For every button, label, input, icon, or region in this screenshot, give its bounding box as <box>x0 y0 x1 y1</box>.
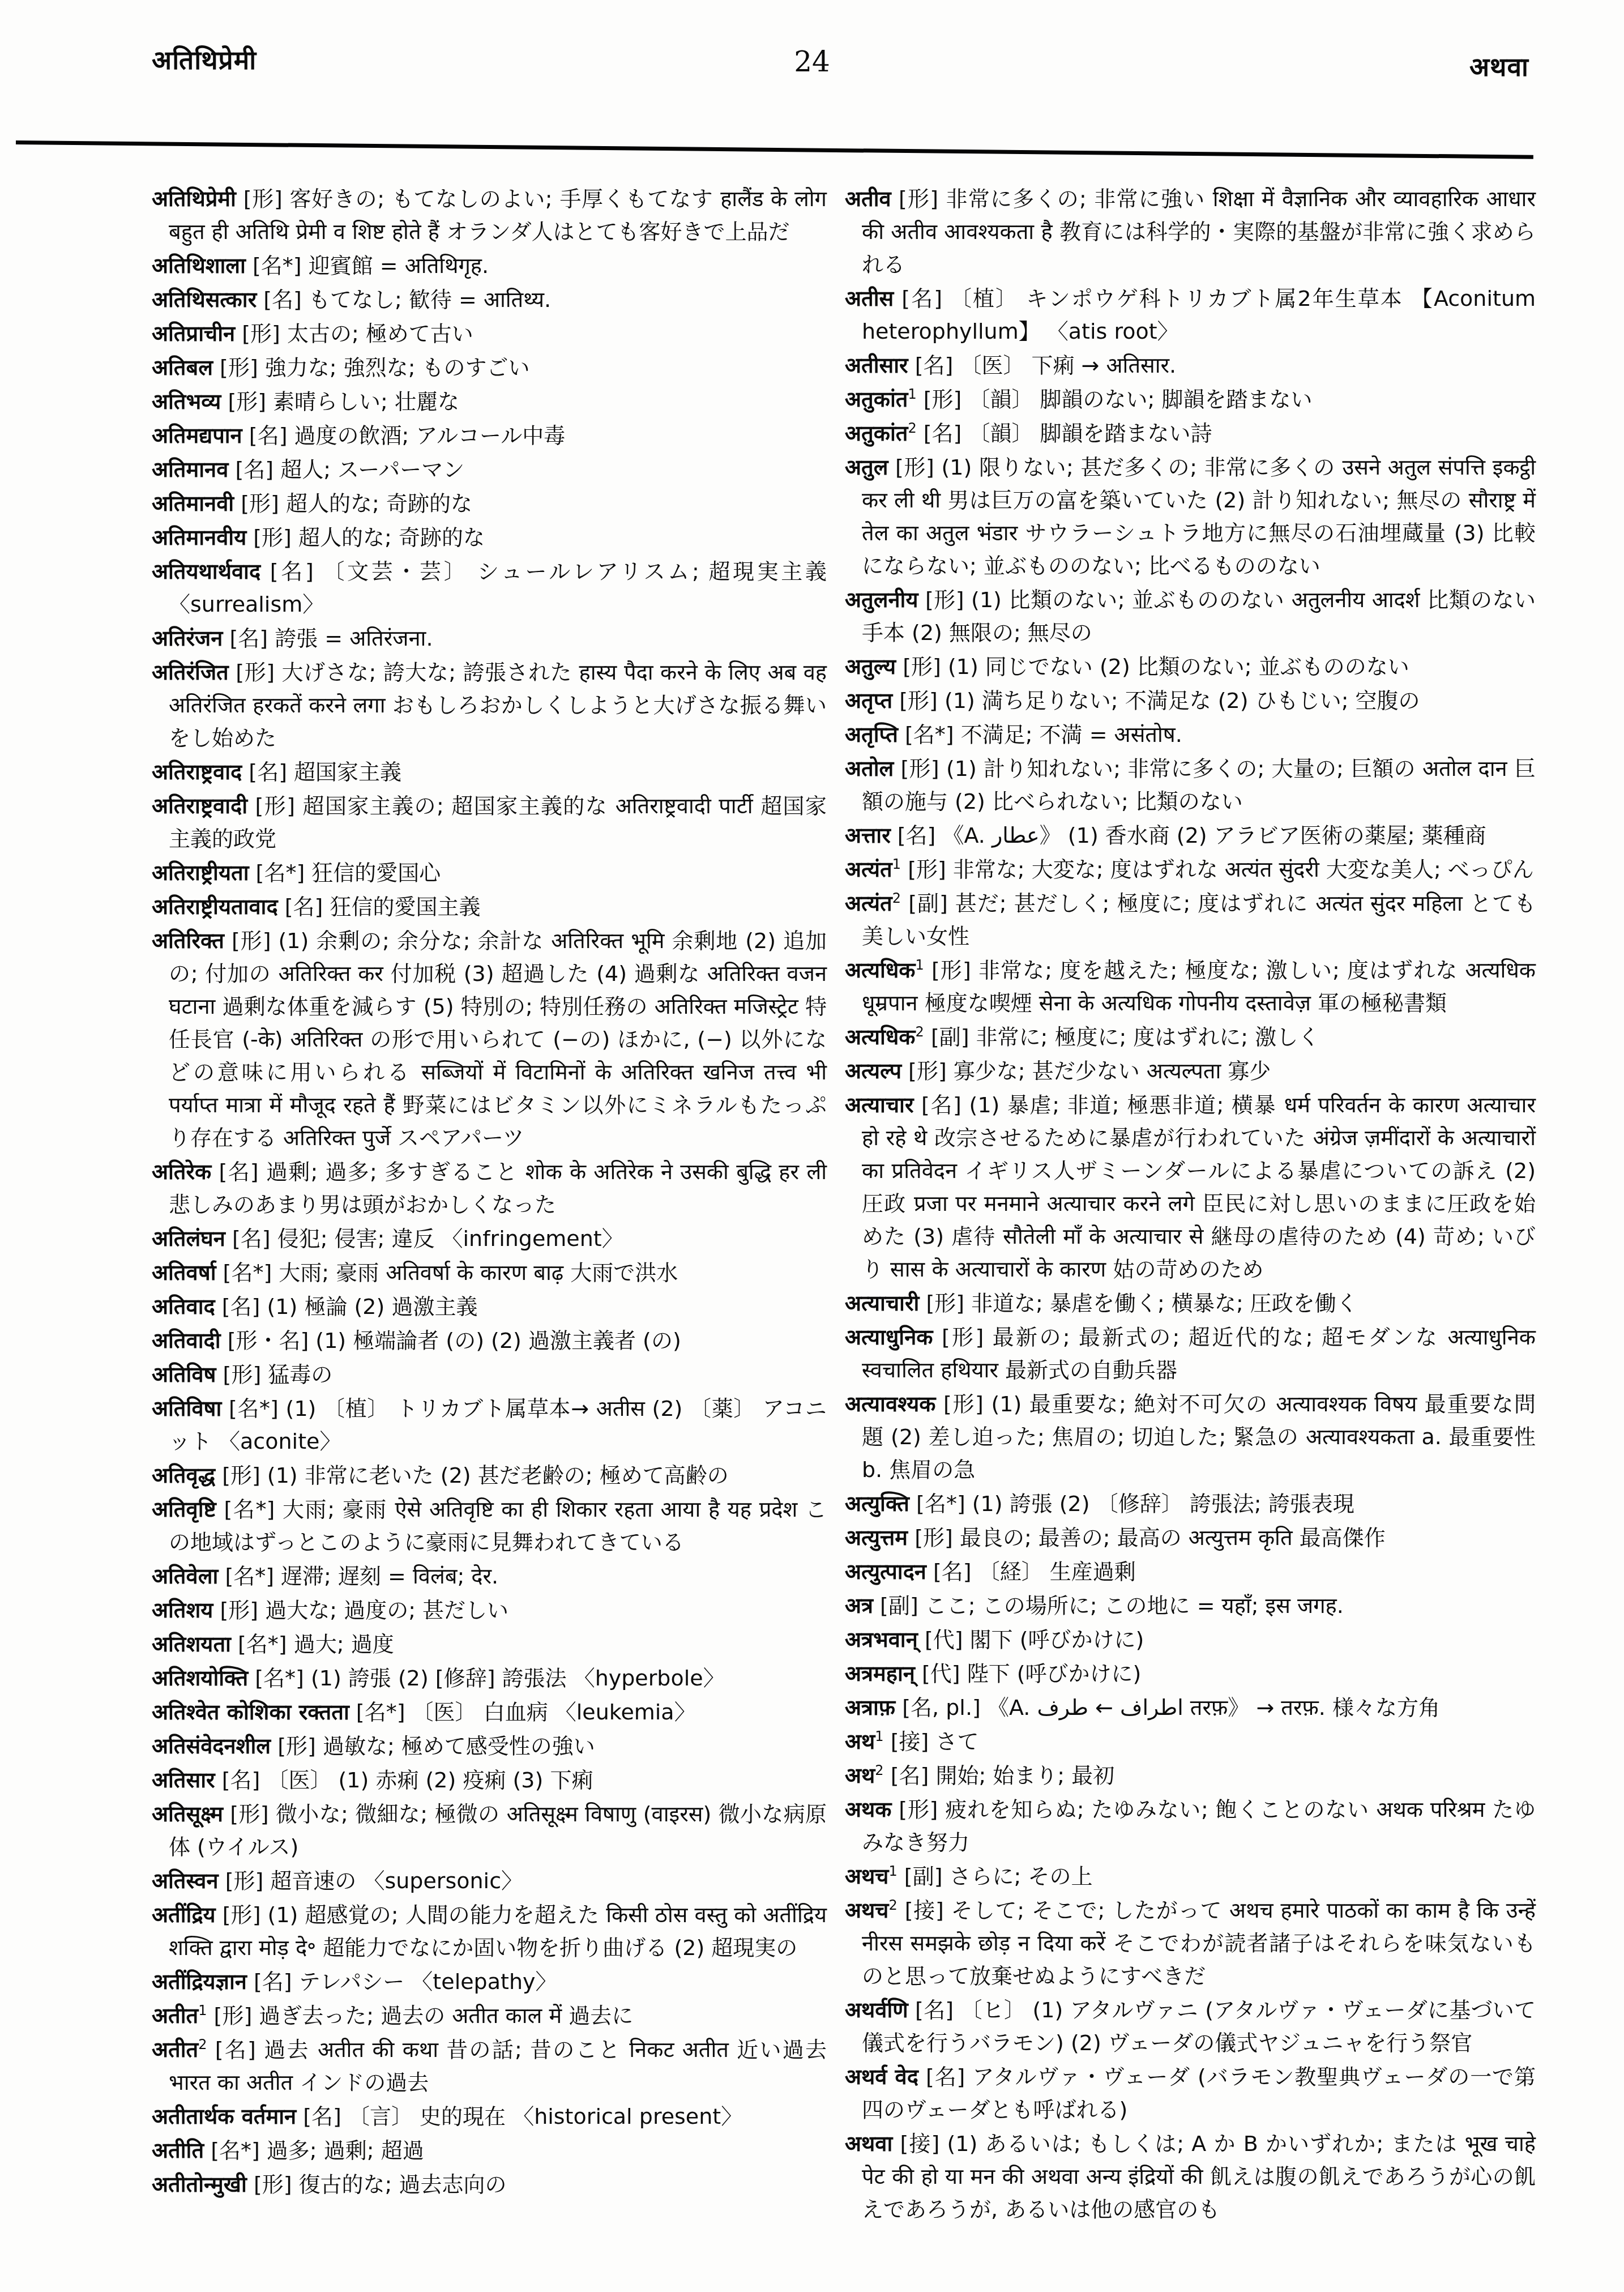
dictionary-entry: अतुल्य [形] (1) 同じでない (2) 比類のない; 並ぶもののない <box>845 650 1536 683</box>
entry-headword: अतिरिक्त <box>152 928 224 953</box>
entry-definition: [名*] (1) 誇張 (2) 〔修辞〕 誇張法; 誇張表現 <box>916 1491 1354 1516</box>
entry-headword: अतिथिप्रेमी <box>152 186 236 211</box>
entry-headword: अतोल <box>845 756 894 781</box>
dictionary-entry: अत्तार [名] 《A. عطار》 (1) 香水商 (2) アラビア医術の… <box>845 819 1536 852</box>
entry-homonym-number: 1 <box>198 2003 207 2018</box>
dictionary-entry: अतुलनीय [形] (1) 比類のない; 並ぶもののない अतुलनीय आ… <box>845 583 1536 649</box>
entry-headword: अतीस <box>845 286 894 311</box>
column-right: अतीव [形] 非常に多くの; 非常に強い शिक्षा में वैज्ञा… <box>845 182 1536 2227</box>
entry-definition: [名] アタルヴァ・ヴェーダ (バラモン教聖典ヴェーダの一で第四のヴェーダとも呼… <box>862 2064 1536 2122</box>
entry-definition: [形] 客好きの; もてなしのよい; 手厚くもてなす हालैंड के लोग… <box>169 186 827 244</box>
entry-definition: [名] 《A. عطار》 (1) 香水商 (2) アラビア医術の薬屋; 薬種商 <box>898 823 1486 848</box>
entry-headword: अतिभव्य <box>152 389 221 414</box>
guide-word-right: अथवा <box>1469 49 1529 84</box>
entry-headword: अत्रभवान् <box>845 1627 918 1652</box>
entry-definition: [形] (1) 満ち足りない; 不満足な (2) ひもじい; 空腹の <box>899 688 1420 713</box>
entry-definition: [形] 最良の; 最善の; 最高の अत्युत्तम कृति 最高傑作 <box>914 1525 1386 1550</box>
dictionary-entry: अत्याचार [名] (1) 暴虐; 非道; 極悪非道; 横暴 धर्म प… <box>845 1089 1536 1286</box>
entry-headword: अथच <box>845 1864 888 1889</box>
entry-definition: [形] 疲れを知らぬ; たゆみない; 飽くことのない अथक परिश्रम た… <box>862 1797 1536 1855</box>
dictionary-entry: अतीतार्थक वर्तमान [名] 〔言〕 史的現在 〈historic… <box>152 2100 827 2133</box>
entry-definition: [名] 誇張 = अतिरंजना. <box>229 626 433 651</box>
entry-definition: [名*] (1) 〔植〕 トリカブト属草本→ अतीस (2) 〔薬〕 アコニッ… <box>169 1396 827 1454</box>
entry-definition: [形] 非常に多くの; 非常に強い शिक्षा में वैज्ञानिक औ… <box>862 186 1536 277</box>
entry-headword: अतींद्रियज्ञान <box>152 1969 247 1994</box>
dictionary-entry: अत्राफ़ [名, pl.] 《A. اطراف ← طرف तरफ़》 →… <box>845 1691 1536 1724</box>
dictionary-entry: अथर्वणि [名] 〔ヒ〕 (1) アタルヴァニ (アタルヴァ・ヴェーダに基… <box>845 1994 1536 2059</box>
entry-headword: अत्युक्ति <box>845 1491 909 1516</box>
entry-definition: [名] 〔韻〕 脚韻を踏まない詩 <box>924 421 1212 446</box>
entry-definition: [形] (1) 同じでない (2) 比類のない; 並ぶもののない <box>903 654 1409 679</box>
entry-headword: अतिसार <box>152 1768 215 1792</box>
dictionary-entry: अतिशयोक्ति [名*] (1) 誇張 (2) [修辞] 誇張法 〈hyp… <box>152 1662 827 1695</box>
entry-definition: [形] (1) 非常に老いた (2) 甚だ老齢の; 極めて高齢の <box>222 1463 729 1488</box>
column-left: अतिथिप्रेमी [形] 客好きの; もてなしのよい; 手厚くもてなす ह… <box>152 182 827 2202</box>
entry-headword: अतींद्रिय <box>152 1902 216 1927</box>
dictionary-entry: अत्याधुनिक [形] 最新の; 最新式の; 超近代的な; 超モダンな अ… <box>845 1321 1536 1386</box>
entry-definition: [名] 〔医〕 (1) 赤痢 (2) 疫痢 (3) 下痢 <box>222 1768 593 1792</box>
dictionary-entry: अतृप्त [形] (1) 満ち足りない; 不満足な (2) ひもじい; 空腹… <box>845 684 1536 717</box>
entry-headword: अतिरंजन <box>152 626 223 651</box>
dictionary-entry: अतीति [名*] 過多; 過剰; 超過 <box>152 2134 827 2167</box>
entry-headword: अतिवाद <box>152 1294 215 1319</box>
entry-headword: अतुकांत <box>845 387 908 412</box>
entry-definition: [形] 超国家主義の; 超国家主義的な अतिराष्ट्रवादी पार्ट… <box>169 793 827 851</box>
dictionary-entry: अतीस [名] 〔植〕 キンポウゲ科トリカブト属2年生草本 【Aconitum… <box>845 282 1536 348</box>
entry-definition: [副] ここ; この場所に; この地に = यहाँ; इस जगह. <box>880 1593 1344 1618</box>
dictionary-entry: अतिवृद्ध [形] (1) 非常に老いた (2) 甚だ老齢の; 極めて高齢… <box>152 1459 827 1492</box>
entry-definition: [接] (1) あるいは; もしくは; A か B かいずれか; または भूख… <box>862 2131 1536 2222</box>
entry-definition: [形] 超人的な; 奇跡的な <box>253 525 485 550</box>
entry-definition: [名*] 不満足; 不満 = असंतोष. <box>905 722 1182 747</box>
entry-definition: [名] テレパシー 〈telepathy〉 <box>254 1969 557 1994</box>
dictionary-entry: अतृप्ति [名*] 不満足; 不満 = असंतोष. <box>845 718 1536 751</box>
entry-definition: [形] 寡少な; 甚だ少ない अत्यल्पता 寡少 <box>908 1058 1271 1083</box>
entry-definition: [名, pl.] 《A. اطراف ← طرف तरफ़》 → तरफ़. 様… <box>902 1695 1440 1720</box>
entry-headword: अतिमानव <box>152 457 228 482</box>
entry-headword: अतिशयता <box>152 1632 231 1657</box>
dictionary-entry: अतिरंजित [形] 大げさな; 誇大な; 誇張された हास्य पैदा… <box>152 656 827 754</box>
entry-definition: [形] 非道な; 暴虐を働く; 横暴な; 圧政を働く <box>926 1291 1357 1316</box>
entry-headword: अतिमानवीय <box>152 525 246 550</box>
dictionary-entry: अतिराष्ट्रवादी [形] 超国家主義の; 超国家主義的な अतिरा… <box>152 789 827 855</box>
entry-headword: अथ <box>845 1763 875 1788</box>
entry-headword: अतिराष्ट्रवादी <box>152 793 247 818</box>
entry-definition: [形] (1) 最重要な; 絶対不可欠の अत्यावश्यक विषय 最重要… <box>862 1392 1536 1482</box>
entry-definition: [形] (1) 限りない; 甚だ多くの; 非常に多くの उसने अतुल सं… <box>862 455 1536 578</box>
entry-headword: अत्यंत <box>845 891 892 916</box>
entry-headword: अत्रमहान् <box>845 1661 915 1686</box>
entry-definition: [形] (1) 超感覚の; 人間の能力を超えた किसी ठोस वस्तु क… <box>169 1902 827 1960</box>
entry-definition: [形] 過ぎ去った; 過去の अतीत काल में 過去に <box>214 2003 634 2028</box>
dictionary-entry: अतीव [形] 非常に多くの; 非常に強い शिक्षा में वैज्ञा… <box>845 182 1536 281</box>
entry-headword: अतिसंवेदनशील <box>152 1734 271 1759</box>
dictionary-entry: अथ1 [接] さて <box>845 1725 1536 1758</box>
entry-definition: [名*] 過多; 過剰; 超過 <box>211 2138 424 2163</box>
entry-definition: [形] 超人的な; 奇跡的な <box>241 491 472 516</box>
dictionary-entry: अतुल [形] (1) 限りない; 甚だ多くの; 非常に多くの उसने अत… <box>845 451 1536 582</box>
dictionary-entry: अत्युत्तम [形] 最良の; 最善の; 最高の अत्युत्तम कृ… <box>845 1521 1536 1554</box>
dictionary-entry: अतिशय [形] 過大な; 過度の; 甚だしい <box>152 1594 827 1627</box>
entry-headword: अतिलंघन <box>152 1226 225 1251</box>
dictionary-entry: अतिरिक्त [形] (1) 余剰の; 余分な; 余計な अतिरिक्त … <box>152 924 827 1154</box>
entry-definition: [名*] 大雨; 豪雨 अतिवर्षा के कारण बाढ़ 大雨で洪水 <box>223 1260 678 1285</box>
entry-homonym-number: 2 <box>198 2037 207 2052</box>
entry-headword: अतृप्त <box>845 688 892 713</box>
entry-definition: [形] 復古的な; 過去志向の <box>254 2172 507 2197</box>
entry-headword: अतृप्ति <box>845 722 898 747</box>
entry-headword: अथवा <box>845 2131 892 2156</box>
dictionary-entry: अतिस्वन [形] 超音速の 〈supersonic〉 <box>152 1864 827 1897</box>
entry-headword: अतुकांत <box>845 421 908 446</box>
dictionary-entry: अत्यधिक2 [副] 非常に; 極度に; 度はずれに; 激しく <box>845 1021 1536 1053</box>
dictionary-entry: अत्रमहान् [代] 陛下 (呼びかけに) <box>845 1657 1536 1690</box>
entry-definition: [形・名] (1) 極端論者 (の) (2) 過激主義者 (の) <box>228 1328 681 1353</box>
entry-definition: [形] 〔韻〕 脚韻のない; 脚韻を踏まない <box>924 387 1313 412</box>
header-rule <box>16 140 1533 159</box>
entry-definition: [名] 開始; 始まり; 最初 <box>891 1763 1115 1788</box>
dictionary-entry: अतिरंजन [名] 誇張 = अतिरंजना. <box>152 622 827 655</box>
entry-headword: अत्राफ़ <box>845 1695 895 1720</box>
dictionary-entry: अतिशयता [名*] 過大; 過度 <box>152 1628 827 1661</box>
entry-definition: [名] 〔言〕 史的現在 〈historical present〉 <box>303 2104 742 2129</box>
entry-definition: [名*] 大雨; 豪雨 ऐसे अतिवृष्टि का ही शिकार रह… <box>169 1497 827 1555</box>
entry-definition: [代] 閣下 (呼びかけに) <box>925 1627 1144 1652</box>
dictionary-entry: अतियथार्थवाद [名] 〔文芸・芸〕 シュールレアリスム; 超現実主義… <box>152 555 827 621</box>
page-number: 24 <box>0 45 1624 78</box>
dictionary-entry: अतिराष्ट्रीयता [名*] 狂信的愛国心 <box>152 856 827 889</box>
entry-headword: अथर्वणि <box>845 1998 908 2022</box>
entry-headword: अतिवृद्ध <box>152 1463 215 1488</box>
entry-headword: अतिबल <box>152 355 213 380</box>
entry-homonym-number: 2 <box>892 890 901 906</box>
dictionary-entry: अतिराष्ट्रवाद [名] 超国家主義 <box>152 756 827 788</box>
entry-definition: [名] 狂信的愛国主義 <box>285 894 481 919</box>
entry-headword: अतिश्वेत कोशिका रक्तता <box>152 1700 349 1725</box>
dictionary-entry: अतीत2 [名] 過去 अतीत की कथा 昔の話; 昔のこと निकट … <box>152 2033 827 2099</box>
dictionary-entry: अतींद्रिय [形] (1) 超感覚の; 人間の能力を超えた किसी ठ… <box>152 1898 827 1964</box>
entry-headword: अतीत <box>152 2003 198 2028</box>
entry-headword: अथच <box>845 1898 888 1923</box>
entry-headword: अतिविषा <box>152 1396 221 1421</box>
entry-headword: अतिराष्ट्रीयतावाद <box>152 894 278 919</box>
entry-headword: अतुल <box>845 455 888 480</box>
entry-headword: अथ <box>845 1729 875 1754</box>
dictionary-entry: अत्याचारी [形] 非道な; 暴虐を働く; 横暴な; 圧政を働く <box>845 1287 1536 1320</box>
entry-headword: अत्यधिक <box>845 1025 916 1049</box>
dictionary-entry: अतिबल [形] 強力な; 強烈な; ものすごい <box>152 351 827 384</box>
dictionary-entry: अथर्व वेद [名] アタルヴァ・ヴェーダ (バラモン教聖典ヴェーダの一で… <box>845 2060 1536 2126</box>
entry-definition: [形] (1) 計り知れない; 非常に多くの; 大量の; 巨額の अतोल दा… <box>862 756 1536 814</box>
dictionary-entry: अतिवृष्टि [名*] 大雨; 豪雨 ऐसे अतिवृष्टि का ह… <box>152 1493 827 1559</box>
entry-definition: [名*] (1) 誇張 (2) [修辞] 誇張法 〈hyperbole〉 <box>255 1666 724 1691</box>
entry-headword: अतिमद्यपान <box>152 423 242 448</box>
entry-headword: अत्याचारी <box>845 1291 919 1316</box>
entry-headword: अत्यंत <box>845 857 892 882</box>
entry-definition: [名*] 過大; 過度 <box>238 1632 394 1657</box>
dictionary-entry: अतिमानव [名] 超人; スーパーマン <box>152 453 827 486</box>
entry-headword: अतिरेक <box>152 1159 211 1184</box>
dictionary-entry: अतिभव्य [形] 素晴らしい; 壮麗な <box>152 385 827 418</box>
dictionary-entry: अतिमानवी [形] 超人的な; 奇跡的な <box>152 487 827 520</box>
entry-headword: अत्यावश्यक <box>845 1392 935 1416</box>
entry-definition: [名] 〔経〕 生産過剰 <box>933 1559 1136 1584</box>
entry-definition: [名] (1) 極論 (2) 過激主義 <box>222 1294 478 1319</box>
entry-headword: अतिरंजित <box>152 660 229 685</box>
entry-headword: अतिराष्ट्रवाद <box>152 759 242 784</box>
dictionary-entry: अतिसार [名] 〔医〕 (1) 赤痢 (2) 疫痢 (3) 下痢 <box>152 1764 827 1796</box>
entry-definition: [副] さらに; その上 <box>904 1864 1093 1889</box>
dictionary-entry: अत्र [副] ここ; この場所に; この地に = यहाँ; इस जगह. <box>845 1589 1536 1622</box>
entry-headword: अथर्व वेद <box>845 2064 918 2089</box>
entry-definition: [形] 大げさな; 誇大な; 誇張された हास्य पैदा करने के … <box>169 660 827 750</box>
entry-definition: [名] 超国家主義 <box>249 759 401 784</box>
entry-headword: अतिप्राचीन <box>152 321 235 346</box>
dictionary-entry: अत्युत्पादन [名] 〔経〕 生産過剰 <box>845 1555 1536 1588</box>
entry-homonym-number: 2 <box>888 1897 897 1913</box>
entry-definition: [名*] 狂信的愛国心 <box>256 860 441 885</box>
entry-headword: अतुल्य <box>845 654 896 679</box>
entry-homonym-number: 1 <box>875 1728 883 1744</box>
dictionary-entry: अतिविष [形] 猛毒の <box>152 1358 827 1391</box>
dictionary-entry: अत्यावश्यक [形] (1) 最重要な; 絶対不可欠の अत्यावश्… <box>845 1388 1536 1486</box>
entry-homonym-number: 1 <box>888 1863 897 1879</box>
entry-headword: अत्युत्पादन <box>845 1559 926 1584</box>
entry-definition: [形] 強力な; 強烈な; ものすごい <box>220 355 530 380</box>
dictionary-entry: अतिवाद [名] (1) 極論 (2) 過激主義 <box>152 1290 827 1323</box>
dictionary-entry: अतिवर्षा [名*] 大雨; 豪雨 अतिवर्षा के कारण बा… <box>152 1256 827 1289</box>
entry-definition: [形] 最新の; 最新式の; 超近代的な; 超モダンな अत्याधुनिक स… <box>862 1325 1536 1382</box>
dictionary-entry: अथवा [接] (1) あるいは; もしくは; A か B かいずれか; また… <box>845 2127 1536 2226</box>
entry-headword: अत्र <box>845 1593 873 1618</box>
entry-headword: अतिथिशाला <box>152 253 246 278</box>
dictionary-entry: अत्यंत2 [副] 甚だ; 甚だしく; 極度に; 度はずれに अत्यंत … <box>845 887 1536 953</box>
entry-headword: अत्यधिक <box>845 958 916 983</box>
dictionary-entry: अतीतोन्मुखी [形] 復古的な; 過去志向の <box>152 2168 827 2201</box>
entry-headword: अतीव <box>845 186 891 211</box>
entry-definition: [名] (1) 暴虐; 非道; 極悪非道; 横暴 धर्म परिवर्तन क… <box>862 1092 1536 1282</box>
dictionary-entry: अतींद्रियज्ञान [名] テレパシー 〈telepathy〉 <box>152 1965 827 1998</box>
entry-definition: [形] 猛毒の <box>223 1362 333 1387</box>
entry-definition: [名*] 迎賓館 = अतिथिगृह. <box>253 253 489 278</box>
entry-definition: [名] 超人; スーパーマン <box>235 457 464 482</box>
dictionary-entry: अथक [形] 疲れを知らぬ; たゆみない; 飽くことのない अथक परिश्… <box>845 1793 1536 1859</box>
entry-headword: अतिवेला <box>152 1564 218 1589</box>
dictionary-entry: अत्युक्ति [名*] (1) 誇張 (2) 〔修辞〕 誇張法; 誇張表現 <box>845 1487 1536 1520</box>
entry-headword: अत्याधुनिक <box>845 1325 933 1350</box>
entry-definition: [形] 素晴らしい; 壮麗な <box>228 389 459 414</box>
entry-definition: [名] 〔医〕 下痢 → अतिसार. <box>915 353 1177 378</box>
entry-definition: [副] 非常に; 極度に; 度はずれに; 激しく <box>931 1025 1319 1049</box>
entry-definition: [名] 侵犯; 侵害; 違反 〈infringement〉 <box>232 1226 623 1251</box>
entry-definition: [接] そして; そこで; したがって अथच हमारे पाठकों का … <box>862 1898 1536 1988</box>
entry-headword: अतिवादी <box>152 1328 221 1353</box>
entry-headword: अथक <box>845 1797 892 1822</box>
entry-homonym-number: 1 <box>892 856 901 872</box>
dictionary-page: अतिथिप्रेमी 24 अथवा अतिथिप्रेमी [形] 客好きの… <box>0 0 1624 2292</box>
entry-definition: [名*] 〔医〕 白血病 〈leukemia〉 <box>356 1700 696 1725</box>
entry-headword: अत्तार <box>845 823 891 848</box>
dictionary-entry: अतिमद्यपान [名] 過度の飲酒; アルコール中毒 <box>152 419 827 452</box>
entry-homonym-number: 2 <box>875 1762 883 1778</box>
dictionary-entry: अतिसूक्ष्म [形] 微小な; 微細な; 極微の अतिसूक्ष्म … <box>152 1798 827 1863</box>
dictionary-entry: अतिथिसत्कार [名] もてなし; 歓待 = आतिथ्य. <box>152 283 827 316</box>
dictionary-entry: अतिलंघन [名] 侵犯; 侵害; 違反 〈infringement〉 <box>152 1222 827 1255</box>
entry-headword: अतिमानवी <box>152 491 234 516</box>
entry-headword: अतीत <box>152 2037 198 2062</box>
dictionary-entry: अतिरेक [名] 過剰; 過多; 多すぎること शोक के अतिरेक … <box>152 1155 827 1221</box>
dictionary-entry: अतिवेला [名*] 遅滞; 遅刻 = विलंब; देर. <box>152 1560 827 1593</box>
dictionary-entry: अतिथिप्रेमी [形] 客好きの; もてなしのよい; 手厚くもてなす ह… <box>152 182 827 248</box>
entry-homonym-number: 2 <box>908 420 916 436</box>
entry-definition: [名] もてなし; 歓待 = आतिथ्य. <box>263 287 551 312</box>
entry-definition: [形] 過敏な; 極めて感受性の強い <box>277 1734 595 1759</box>
entry-headword: अतीतोन्मुखी <box>152 2172 247 2197</box>
dictionary-entry: अथच1 [副] さらに; その上 <box>845 1860 1536 1893</box>
entry-homonym-number: 1 <box>916 957 924 973</box>
entry-definition: [名*] 遅滞; 遅刻 = विलंब; देर. <box>225 1564 498 1589</box>
entry-homonym-number: 2 <box>916 1024 924 1040</box>
entry-definition: [名] 過去 अतीत की कथा 昔の話; 昔のこと निकट अतीत 近… <box>169 2037 827 2095</box>
dictionary-entry: अथ2 [名] 開始; 始まり; 最初 <box>845 1759 1536 1792</box>
dictionary-entry: अतिविषा [名*] (1) 〔植〕 トリカブト属草本→ अतीस (2) … <box>152 1392 827 1458</box>
dictionary-entry: अतुकांत2 [名] 〔韻〕 脚韻を踏まない詩 <box>845 417 1536 450</box>
entry-headword: अतिसूक्ष्म <box>152 1802 223 1826</box>
entry-headword: अतीति <box>152 2138 204 2163</box>
dictionary-entry: अत्यधिक1 [形] 非常な; 度を越えた; 極度な; 激しい; 度はずれな… <box>845 954 1536 1019</box>
entry-headword: अत्याचार <box>845 1092 913 1117</box>
dictionary-entry: अतिप्राचीन [形] 太古の; 極めて古い <box>152 317 827 350</box>
dictionary-entry: अतीसार [名] 〔医〕 下痢 → अतिसार. <box>845 349 1536 382</box>
dictionary-entry: अतुकांत1 [形] 〔韻〕 脚韻のない; 脚韻を踏まない <box>845 383 1536 416</box>
entry-definition: [形] 太古の; 極めて古い <box>242 321 473 346</box>
entry-headword: अतिविष <box>152 1362 216 1387</box>
entry-headword: अतिराष्ट्रीयता <box>152 860 249 885</box>
entry-headword: अतिथिसत्कार <box>152 287 257 312</box>
dictionary-entry: अत्यंत1 [形] 非常な; 大変な; 度はずれな अत्यंत सुंदर… <box>845 853 1536 886</box>
entry-definition: [形] (1) 比類のない; 並ぶもののない अतुलनीय आदर्श 比類の… <box>862 587 1536 645</box>
entry-headword: अतिशयोक्ति <box>152 1666 248 1691</box>
entry-definition: [形] (1) 余剰の; 余分な; 余計な अतिरिक्त भूमि 余剰地 … <box>169 928 827 1150</box>
entry-homonym-number: 1 <box>908 386 916 402</box>
entry-headword: अत्युत्तम <box>845 1525 908 1550</box>
entry-headword: अतीतार्थक वर्तमान <box>152 2104 296 2129</box>
entry-definition: [形] 非常な; 大変な; 度はずれな अत्यंत सुंदरी 大変な美人;… <box>908 857 1534 882</box>
entry-definition: [接] さて <box>891 1729 979 1754</box>
entry-definition: [形] 微小な; 微細な; 極微の अतिसूक्ष्म विषाणु (वाइ… <box>169 1802 827 1859</box>
entry-headword: अतुलनीय <box>845 587 918 612</box>
entry-headword: अतियथार्थवाद <box>152 559 260 584</box>
dictionary-entry: अत्रभवान् [代] 閣下 (呼びかけに) <box>845 1623 1536 1656</box>
entry-definition: [形] 非常な; 度を越えた; 極度な; 激しい; 度はずれな अत्यधिक … <box>862 958 1536 1015</box>
entry-headword: अत्यल्प <box>845 1058 901 1083</box>
entry-definition: [名] 〔文芸・芸〕 シュールレアリスム; 超現実主義 〈surrealism〉 <box>169 559 827 617</box>
entry-headword: अतिवर्षा <box>152 1260 216 1285</box>
dictionary-entry: अतिसंवेदनशील [形] 過敏な; 極めて感受性の強い <box>152 1730 827 1762</box>
entry-headword: अतिवृष्टि <box>152 1497 216 1522</box>
entry-headword: अतीसार <box>845 353 908 378</box>
entry-definition: [名] 〔植〕 キンポウゲ科トリカブト属2年生草本 【Aconitum hete… <box>862 286 1536 344</box>
entry-headword: अतिशय <box>152 1598 213 1623</box>
dictionary-entry: अत्यल्प [形] 寡少な; 甚だ少ない अत्यल्पता 寡少 <box>845 1055 1536 1087</box>
dictionary-entry: अतिराष्ट्रीयतावाद [名] 狂信的愛国主義 <box>152 890 827 923</box>
dictionary-entry: अतिश्वेत कोशिका रक्तता [名*] 〔医〕 白血病 〈leu… <box>152 1696 827 1728</box>
entry-definition: [名] 過剰; 過多; 多すぎること शोक के अतिरेक ने उसकी… <box>169 1159 827 1217</box>
dictionary-entry: अथच2 [接] そして; そこで; したがって अथच हमारे पाठको… <box>845 1894 1536 1992</box>
dictionary-entry: अतीत1 [形] 過ぎ去った; 過去の अतीत काल में 過去に <box>152 1999 827 2032</box>
entry-definition: [形] 超音速の 〈supersonic〉 <box>225 1868 523 1893</box>
dictionary-entry: अतोल [形] (1) 計り知れない; 非常に多くの; 大量の; 巨額の अत… <box>845 752 1536 818</box>
dictionary-entry: अतिमानवीय [形] 超人的な; 奇跡的な <box>152 521 827 554</box>
entry-definition: [形] 過大な; 過度の; 甚だしい <box>220 1598 509 1623</box>
entry-definition: [副] 甚だ; 甚だしく; 極度に; 度はずれに अत्यंत सुंदर मह… <box>862 891 1536 949</box>
dictionary-entry: अतिथिशाला [名*] 迎賓館 = अतिथिगृह. <box>152 249 827 282</box>
entry-headword: अतिस्वन <box>152 1868 219 1893</box>
entry-definition: [名] 〔ヒ〕 (1) アタルヴァニ (アタルヴァ・ヴェーダに基づいて儀式を行う… <box>862 1998 1536 2055</box>
entry-definition: [代] 陛下 (呼びかけに) <box>922 1661 1141 1686</box>
entry-definition: [名] 過度の飲酒; アルコール中毒 <box>249 423 565 448</box>
dictionary-entry: अतिवादी [形・名] (1) 極端論者 (の) (2) 過激主義者 (の) <box>152 1324 827 1357</box>
